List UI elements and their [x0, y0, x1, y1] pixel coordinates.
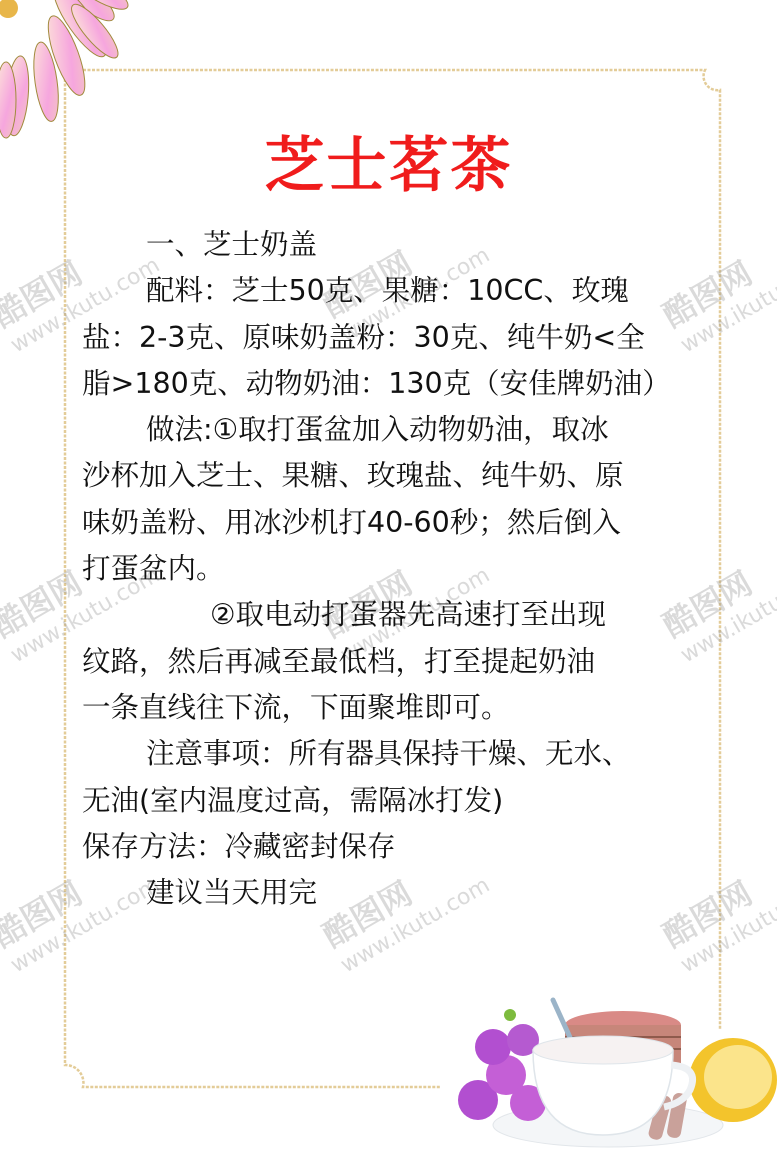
section-heading: 一、芝士奶盖 [82, 222, 707, 268]
page-title: 芝士茗茶 [0, 118, 777, 204]
method-line: 味奶盖粉、用冰沙机打40-60秒；然后倒入 [82, 500, 707, 546]
method-line: 沙杯加入芝士、果糖、玫瑰盐、纯牛奶、原 [82, 453, 707, 499]
step2-line: 一条直线往下流，下面聚堆即可。 [82, 685, 707, 731]
ingredients-line: 盐：2-3克、原味奶盖粉：30克、纯牛奶<全 [82, 315, 707, 361]
notes-line: 无油(室内温度过高，需隔冰打发) [82, 778, 707, 824]
watermark-logo: 酷图网 [0, 874, 89, 955]
storage-line: 保存方法：冷藏密封保存 [82, 824, 707, 870]
watermark-logo: 酷图网 [0, 564, 89, 645]
advice-line: 建议当天用完 [82, 870, 707, 916]
notes-line: 注意事项：所有器具保持干燥、无水、 [82, 731, 707, 777]
teacup-illustration-icon [438, 985, 777, 1157]
ingredients-line: 配料：芝士50克、果糖：10CC、玫瑰 [82, 268, 707, 314]
method-line: 打蛋盆内。 [82, 546, 707, 592]
step2-line: ②取电动打蛋器先高速打至出现 [82, 592, 707, 638]
step2-line: 纹路，然后再减至最低档，打至提起奶油 [82, 639, 707, 685]
watermark-logo: 酷图网 [0, 254, 89, 335]
ingredients-line: 脂>180克、动物奶油：130克（安佳牌奶油） [82, 361, 707, 407]
method-line: 做法:①取打蛋盆加入动物奶油，取冰 [82, 407, 707, 453]
recipe-content: 一、芝士奶盖 配料：芝士50克、果糖：10CC、玫瑰 盐：2-3克、原味奶盖粉：… [82, 222, 707, 916]
